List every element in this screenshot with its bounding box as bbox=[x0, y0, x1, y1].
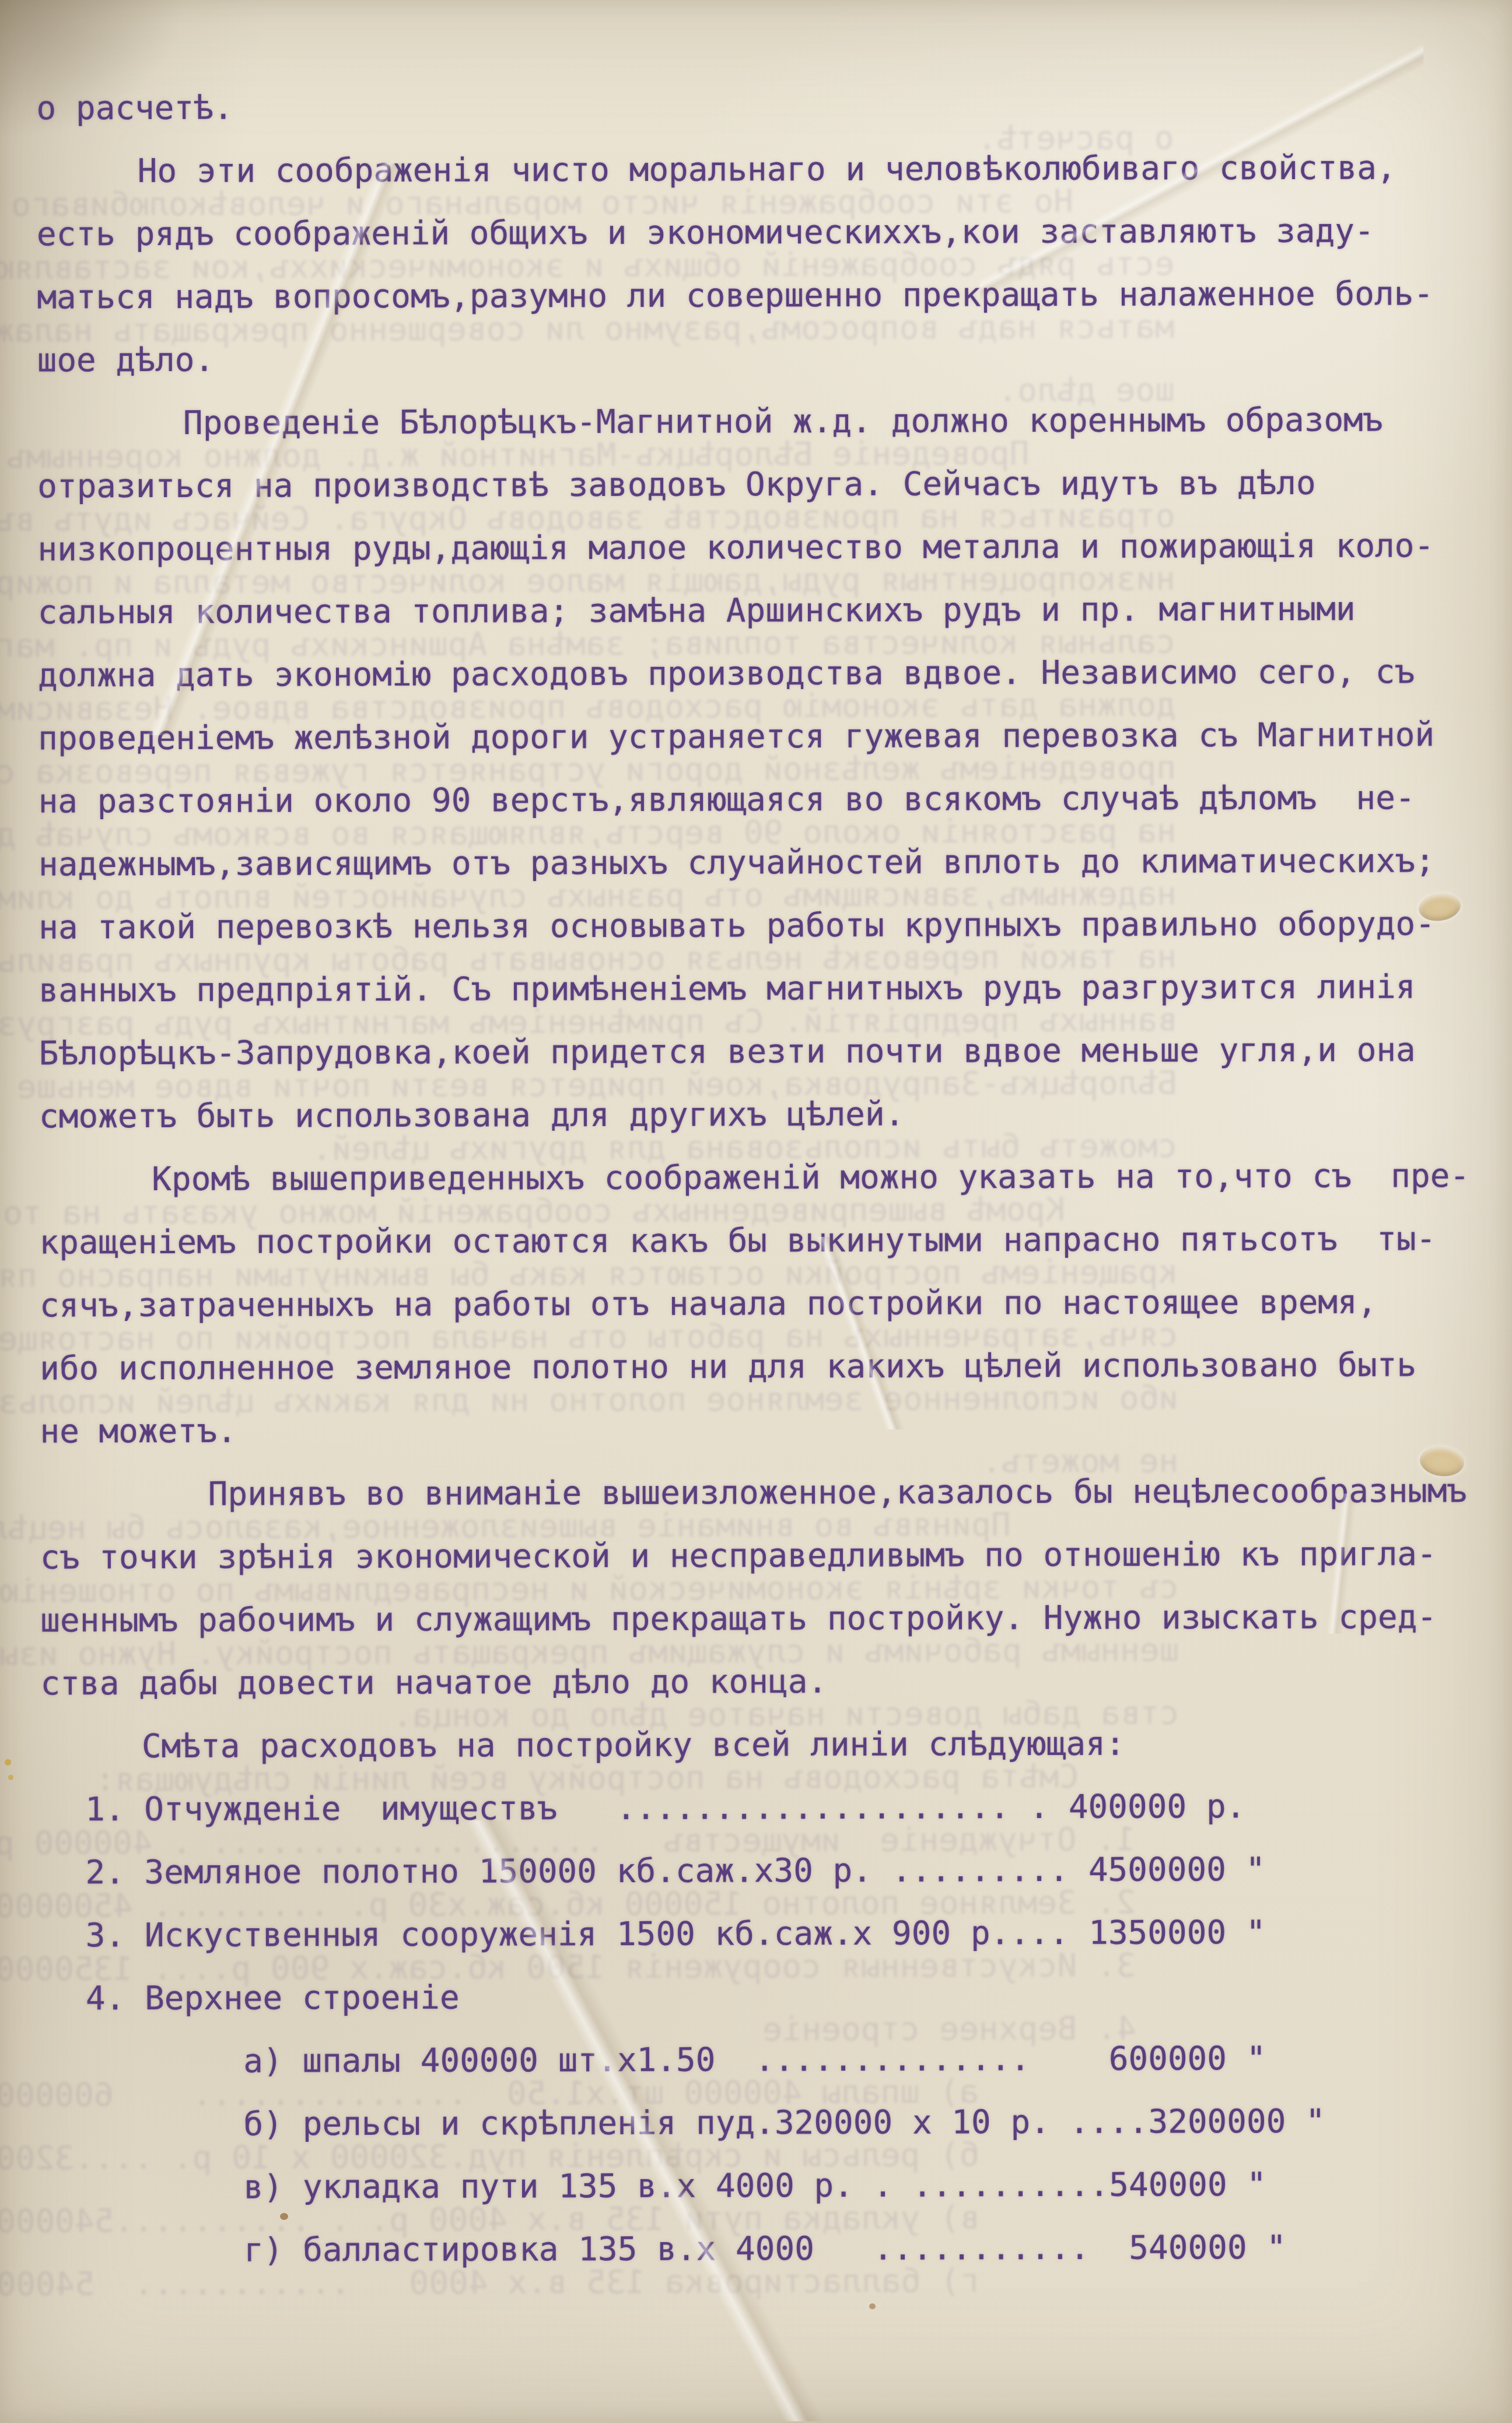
paragraph-2-line: на такой перевозкѣ нельзя основывать раб… bbox=[2, 893, 1512, 960]
estimate-item: 2. Земляное полотно 150000 кб.саж.х30 р.… bbox=[5, 1838, 1512, 1905]
paragraph-1-line: есть рядъ соображеній общихъ и экономиче… bbox=[1, 200, 1512, 267]
estimate-subitem: а) шпалы 400000 шт.х1.50 .............. … bbox=[5, 2027, 1512, 2094]
paragraph-2-line: низкопроцентныя руды,дающія малое количе… bbox=[1, 515, 1512, 582]
paper-speck bbox=[280, 2213, 288, 2220]
estimate-subitem: б) рельсы и скрѣпленія пуд.320000 х 10 р… bbox=[5, 2090, 1512, 2157]
paragraph-3-line: сячъ,затраченныхъ на работы отъ начала п… bbox=[3, 1271, 1512, 1338]
paragraph-2-line: сможетъ быть использована для другихъ цѣ… bbox=[3, 1082, 1512, 1149]
paragraph-2-line: Проведеніе Бѣлорѣцкъ-Магнитной ж.д. долж… bbox=[1, 389, 1512, 456]
paragraph-2-line: надежнымъ,зависящимъ отъ разныхъ случайн… bbox=[2, 830, 1512, 897]
paragraph-3-line: кращеніемъ постройки остаются какъ бы вы… bbox=[3, 1208, 1512, 1275]
scanned-document-page: о расчетѣ. Но эти соображенія чисто мора… bbox=[0, 0, 1512, 2423]
paragraph-3-line: не можетъ. bbox=[3, 1397, 1512, 1464]
paragraph-1-line: шое дѣло. bbox=[1, 326, 1512, 393]
paragraph-2-line: Бѣлорѣцкъ-Запрудовка,коей придется везти… bbox=[3, 1019, 1512, 1086]
opening-line: о расчетѣ. bbox=[0, 74, 1512, 141]
estimate-item: 4. Верхнее строеніе bbox=[5, 1964, 1512, 2031]
page-text: о расчетѣ. Но эти соображенія чисто мора… bbox=[0, 0, 1512, 2423]
paragraph-4-line: ства дабы довести начатое дѣло до конца. bbox=[4, 1649, 1512, 1716]
estimate-item: 1. Отчужденіе имуществъ ................… bbox=[5, 1775, 1512, 1842]
paragraph-2-line: должна дать экономію расходовъ производс… bbox=[2, 641, 1512, 708]
paragraph-2-line: проведеніемъ желѣзной дороги устраняется… bbox=[2, 704, 1512, 771]
paragraph-2-line: отразиться на производствѣ заводовъ Окру… bbox=[1, 452, 1512, 519]
paragraph-4-line: шеннымъ рабочимъ и служащимъ прекращать … bbox=[4, 1586, 1512, 1653]
paragraph-4-line: съ точки зрѣнія экономической и несправе… bbox=[4, 1523, 1512, 1590]
paragraph-3-line: Кромѣ вышеприведенныхъ соображеній можно… bbox=[3, 1145, 1512, 1212]
paper-speck bbox=[8, 1775, 13, 1780]
paragraph-2-line: сальныя количества топлива; замѣна Аршин… bbox=[2, 578, 1512, 645]
paper-speck bbox=[5, 1759, 11, 1765]
paragraph-2-line: на разстояніи около 90 верстъ,являющаяся… bbox=[2, 767, 1512, 834]
estimate-subitem: г) балластировка 135 в.х 4000 ..........… bbox=[6, 2216, 1512, 2283]
paragraph-1-line: Но эти соображенія чисто моральнаго и че… bbox=[1, 137, 1512, 204]
paragraph-1-line: маться надъ вопросомъ,разумно ли соверше… bbox=[1, 263, 1512, 330]
estimate-intro: Смѣта расходовъ на постройку всей линіи … bbox=[5, 1712, 1512, 1779]
estimate-subitem: в) укладка пути 135 в.х 4000 р. . ......… bbox=[6, 2153, 1512, 2220]
paper-speck bbox=[869, 2303, 876, 2309]
estimate-item: 3. Искуственныя сооруженія 1500 кб.саж.х… bbox=[5, 1901, 1512, 1968]
paragraph-3-line: ибо исполненное земляное полотно ни для … bbox=[3, 1334, 1512, 1401]
paragraph-2-line: ванныхъ предпріятій. Съ примѣненіемъ маг… bbox=[2, 956, 1512, 1023]
paragraph-4-line: Принявъ во вниманіе вышеизложенное,казал… bbox=[4, 1460, 1512, 1527]
